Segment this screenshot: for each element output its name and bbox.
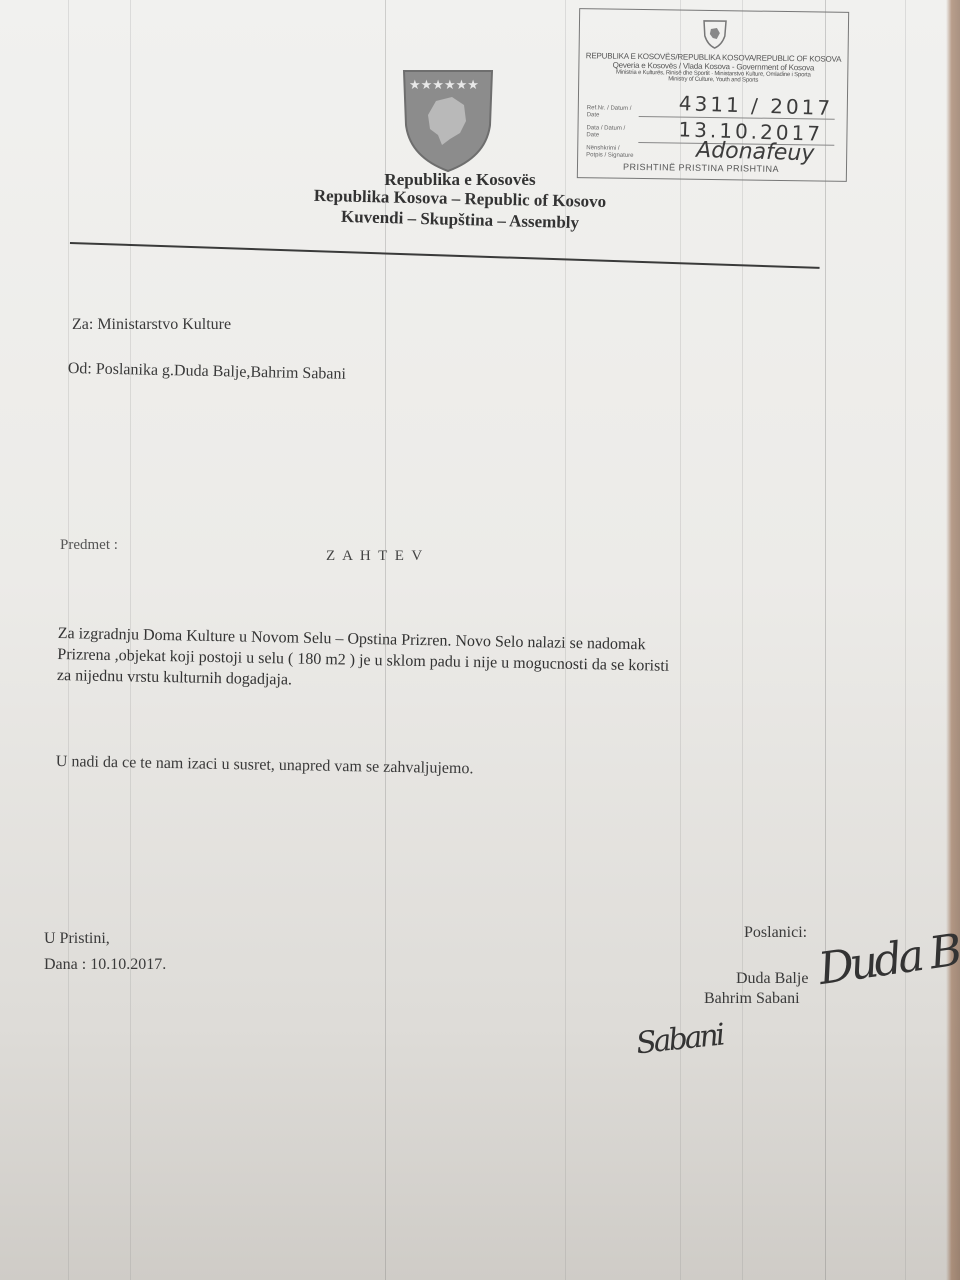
stamp-city: PRISHTINË PRISTINA PRISHTINA [623,162,779,174]
ref-label: Ref.Nr. / Datum / Date [587,105,637,120]
stamp-emblem-icon [702,19,728,49]
place: U Pristini, [44,930,110,948]
sender: Od: Poslanika g.Duda Balje,Bahrim Sabani [68,360,347,384]
body-paragraph-2: U nadi da ce te nam izaci u susret, unap… [56,753,474,778]
signature-bahrim-sabani: Sabani [634,1018,724,1062]
subject-title: Z A H T E V [326,548,424,565]
date: Dana : 10.10.2017. [44,956,166,974]
receipt-stamp: REPUBLIKA E KOSOVËS/REPUBLIKA KOSOVA/REP… [577,8,849,182]
kosovo-coat-of-arms-icon: ★★★★★★ [400,65,496,173]
subject-label: Predmet : [60,537,118,554]
signature-duda-balje: Duda Balje [815,916,960,995]
date-label: Data / Datum / Date [586,125,636,140]
signer-1-name: Duda Balje [736,970,808,988]
signers-label: Poslanici: [744,924,807,942]
signer-2-name: Bahrim Sabani [704,990,800,1008]
svg-text:★★★★★★: ★★★★★★ [409,78,479,93]
paper-streak [905,0,906,1280]
desk-edge [946,0,960,1280]
header-divider [70,242,820,269]
body-paragraph-1: Za izgradnju Doma Kulture u Novom Selu –… [57,623,848,701]
recipient: Za: Ministarstvo Kulture [72,316,231,334]
signature-label: Nënshkrimi / Potpis / Signature [586,145,636,160]
ref-number: 4311 / 2017 [679,91,834,120]
